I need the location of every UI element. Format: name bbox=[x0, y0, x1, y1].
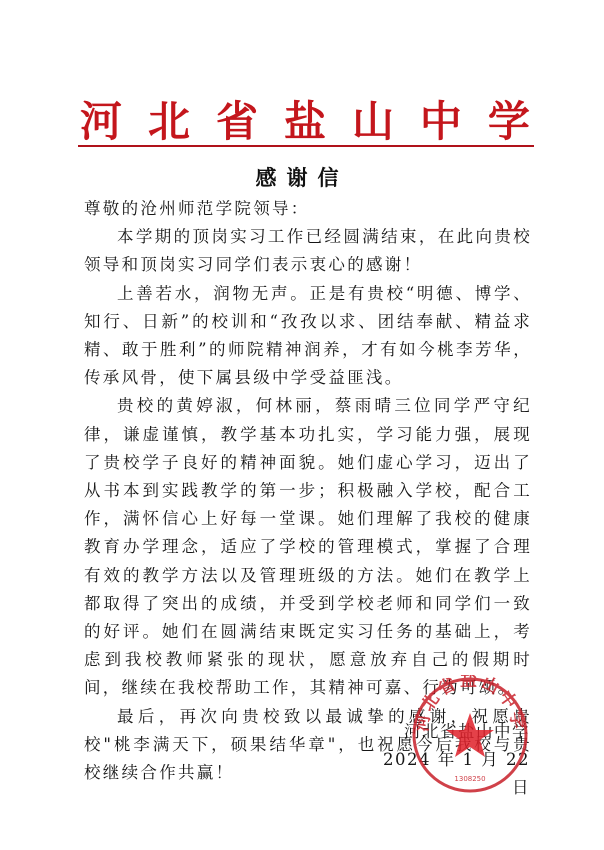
paragraph: 本学期的顶岗实习工作已经圆满结束，在此向贵校领导和顶岗实习同学们表示衷心的感谢！ bbox=[84, 223, 532, 279]
letterhead-char: 河 bbox=[80, 98, 122, 146]
signature-block: 河北省盐山中学 2024 年 1 月 22 日 bbox=[360, 718, 530, 802]
letter-title: 感谢信 bbox=[0, 162, 604, 192]
letterhead-char: 中 bbox=[420, 98, 462, 146]
letterhead-char: 北 bbox=[148, 98, 190, 146]
signature-organization: 河北省盐山中学 bbox=[360, 718, 530, 746]
letterhead-char: 山 bbox=[352, 98, 394, 146]
letterhead-title: 河 北 省 盐 山 中 学 bbox=[80, 98, 530, 146]
paragraph: 上善若水，润物无声。正是有贵校“明德、博学、知行、日新”的校训和“孜孜以求、团结… bbox=[84, 280, 532, 393]
signature-date: 2024 年 1 月 22 日 bbox=[360, 746, 530, 802]
letterhead-char: 盐 bbox=[284, 98, 326, 146]
letterhead-divider bbox=[78, 145, 534, 147]
letterhead-char: 学 bbox=[488, 98, 530, 146]
paragraph: 贵校的黄婷淑，何林丽，蔡雨晴三位同学严守纪律，谦虚谨慎，教学基本功扎实，学习能力… bbox=[84, 392, 532, 702]
letter-body: 尊敬的沧州师范学院领导： 本学期的顶岗实习工作已经圆满结束，在此向贵校领导和顶岗… bbox=[84, 195, 532, 787]
letterhead-char: 省 bbox=[216, 98, 258, 146]
salutation: 尊敬的沧州师范学院领导： bbox=[84, 195, 532, 223]
